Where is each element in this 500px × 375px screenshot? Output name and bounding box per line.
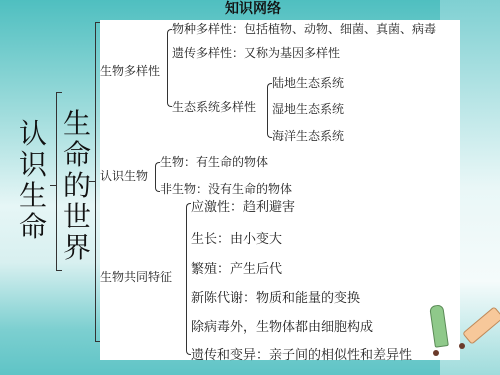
level1-label: 生命的世界 (62, 108, 92, 263)
ecosystem-item-land: 陆地生态系统 (272, 74, 344, 91)
branch-know-organisms-label: 认识生物 (100, 167, 148, 184)
root-bracket-top (56, 92, 62, 93)
know-organisms-item-living: 生物：有生命的物体 (160, 153, 268, 170)
orange-pencil-tip-icon (459, 343, 465, 349)
root-connector (50, 185, 56, 186)
level1-bracket-vertical (95, 22, 96, 342)
biodiversity-brace (167, 29, 172, 107)
ecosystem-item-wetland: 湿地生态系统 (272, 100, 344, 117)
trait-irritability: 应激性：趋利避害 (191, 196, 295, 215)
biodiversity-ecosystem-label: 生态系统多样性 (172, 98, 256, 115)
root-bracket-bottom (56, 270, 62, 271)
ecosystem-item-ocean: 海洋生态系统 (272, 127, 344, 144)
root-text: 认识生命 (19, 117, 47, 243)
green-pencil-tip-icon (433, 350, 439, 356)
page-title: 知识网络 (225, 0, 281, 18)
biodiversity-item-genetic: 遗传多样性：又称为基因多样性 (172, 44, 340, 61)
trait-reproduction: 繁殖：产生后代 (191, 258, 282, 277)
biodiversity-item-species: 物种多样性：包括植物、动物、细菌、真菌、病毒 (172, 20, 436, 37)
know-organisms-item-nonliving: 非生物：没有生命的物体 (160, 180, 292, 197)
branch-biodiversity-label: 生物多样性 (100, 62, 160, 79)
root-label: 认识生命 (18, 118, 48, 242)
level1-text: 生命的世界 (63, 107, 91, 264)
level1-connector (89, 181, 95, 182)
root-bracket-vertical (56, 92, 57, 270)
trait-heredity-variation: 遗传和变异：亲子间的相似性和差异性 (191, 344, 412, 363)
trait-metabolism: 新陈代谢：物质和能量的变换 (191, 287, 360, 306)
trait-cells: 除病毒外，生物体都由细胞构成 (191, 316, 373, 335)
branch-common-traits-label: 生物共同特征 (100, 268, 172, 285)
trait-growth: 生长：由小变大 (191, 228, 282, 247)
